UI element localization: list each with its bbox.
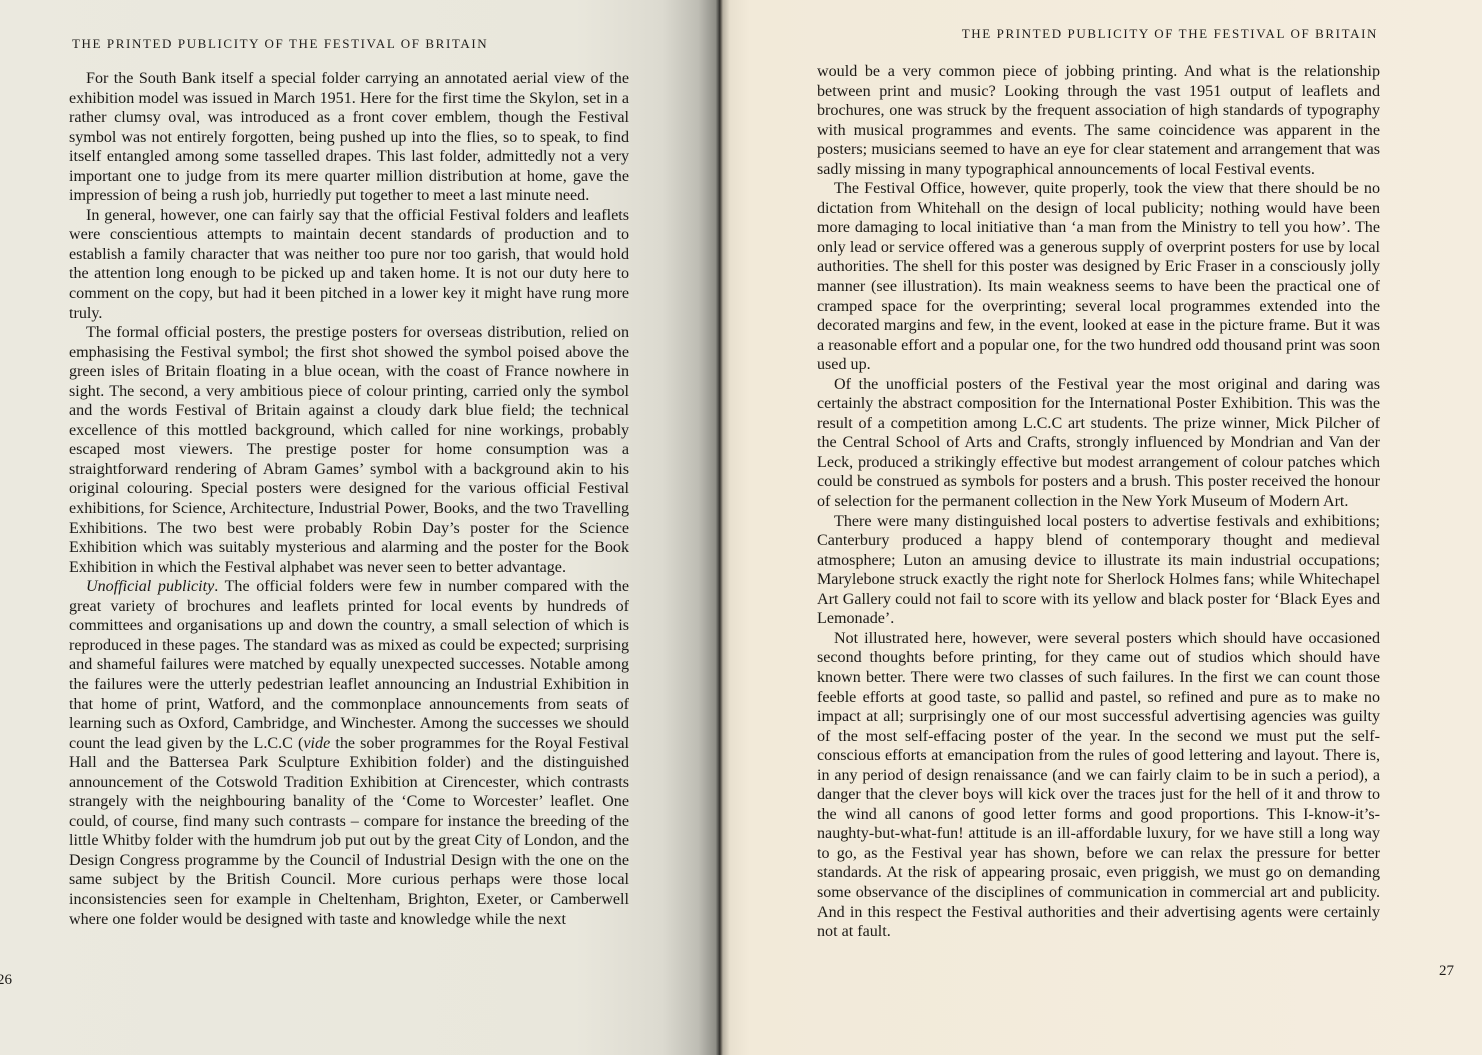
paragraph: The formal official posters, the prestig… xyxy=(69,323,629,577)
page-number-left: 26 xyxy=(0,972,12,989)
paragraph: For the South Bank itself a special fold… xyxy=(69,69,629,206)
book-spread: THE PRINTED PUBLICITY OF THE FESTIVAL OF… xyxy=(0,0,1482,1055)
inline-italic: vide xyxy=(303,735,330,752)
left-page: THE PRINTED PUBLICITY OF THE FESTIVAL OF… xyxy=(0,0,720,1055)
right-page: THE PRINTED PUBLICITY OF THE FESTIVAL OF… xyxy=(720,0,1482,1055)
page-number-right: 27 xyxy=(1439,963,1454,980)
paragraph-continued: would be a very common piece of jobbing … xyxy=(817,62,1380,179)
paragraph-text: . The official folders were few in numbe… xyxy=(69,578,629,751)
paragraph: Of the unofficial posters of the Festiva… xyxy=(817,375,1380,512)
left-page-body: For the South Bank itself a special fold… xyxy=(69,69,629,929)
paragraph: The Festival Office, however, quite prop… xyxy=(817,179,1380,374)
running-head-right: THE PRINTED PUBLICITY OF THE FESTIVAL OF… xyxy=(962,26,1378,42)
section-lead-italic: Unofficial publicity xyxy=(86,578,214,595)
paragraph: Not illustrated here, however, were seve… xyxy=(817,629,1380,942)
running-head-left: THE PRINTED PUBLICITY OF THE FESTIVAL OF… xyxy=(72,36,488,52)
right-page-body: would be a very common piece of jobbing … xyxy=(817,62,1380,942)
paragraph: In general, however, one can fairly say … xyxy=(69,206,629,323)
paragraph-text: the sober programmes for the Royal Festi… xyxy=(69,735,629,928)
paragraph: There were many distinguished local post… xyxy=(817,512,1380,629)
paragraph: Unofficial publicity. The official folde… xyxy=(69,577,629,929)
